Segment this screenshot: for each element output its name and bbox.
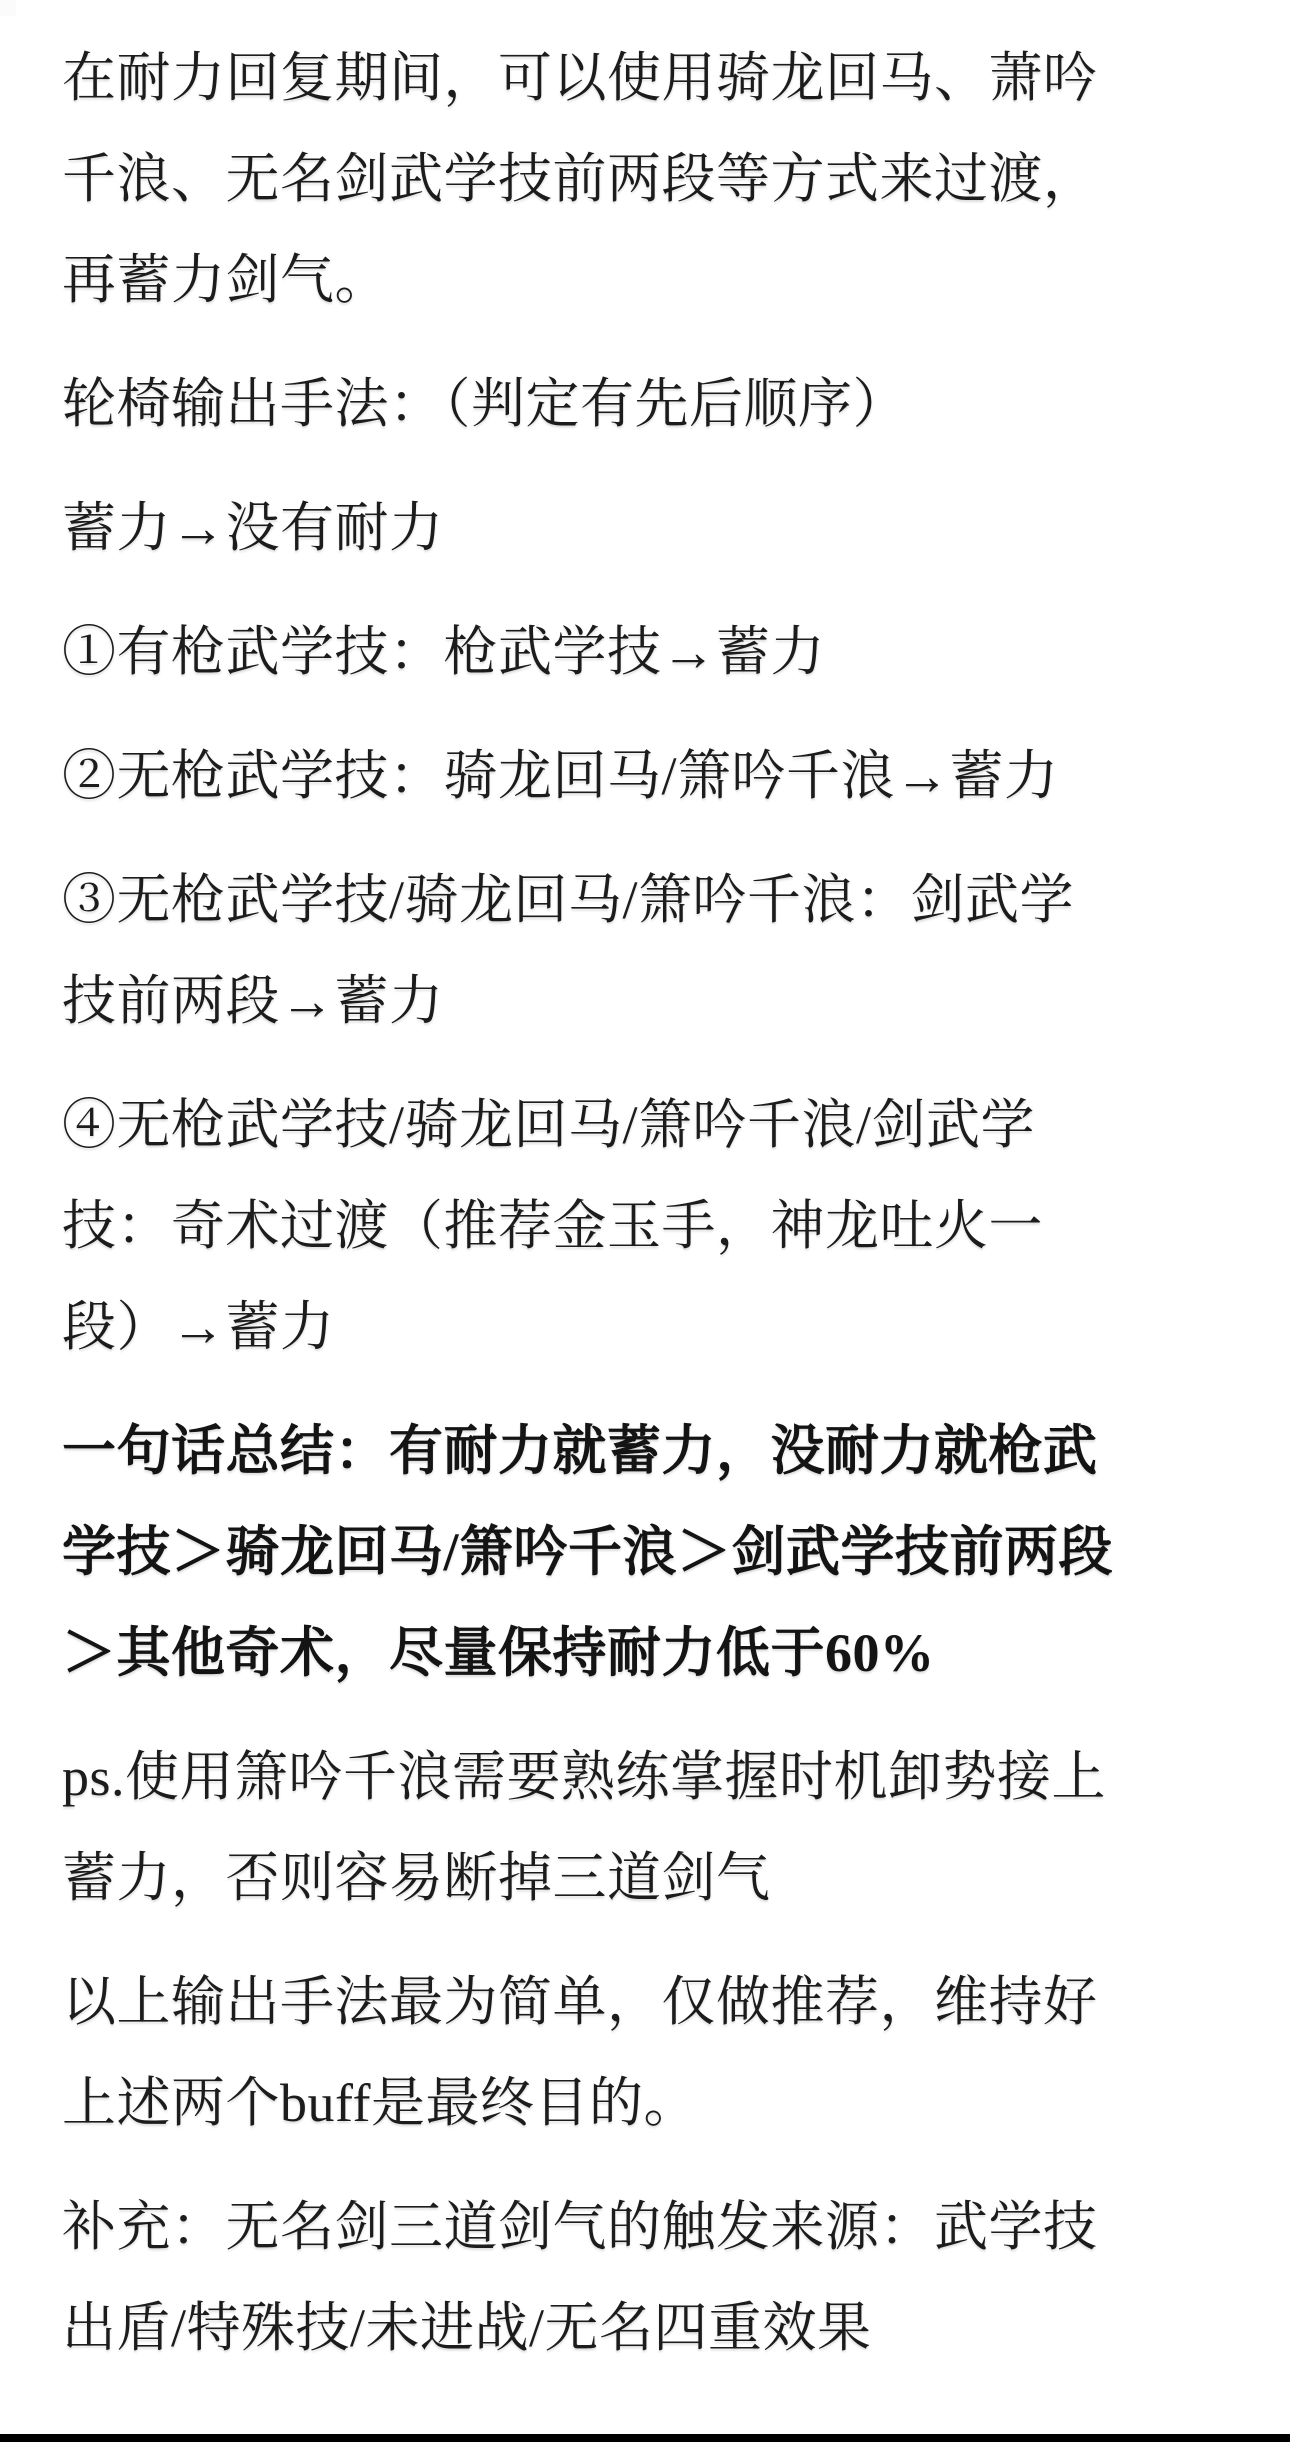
paragraph: 蓄力→没有耐力 xyxy=(62,478,1245,579)
paragraph: 以上输出手法最为简单，仅做推荐，维持好上述两个buff是最终目的。 xyxy=(62,1952,1245,2154)
text-line: 出盾/特殊技/未进战/无名四重效果 xyxy=(62,2278,1245,2379)
text-line: 学技＞骑龙回马/箫吟千浪＞剑武学技前两段 xyxy=(62,1502,1245,1603)
paragraph: ②无枪武学技：骑龙回马/箫吟千浪→蓄力 xyxy=(62,726,1245,827)
text-line: 一句话总结：有耐力就蓄力，没耐力就枪武 xyxy=(62,1401,1245,1502)
text-line: 蓄力，否则容易断掉三道剑气 xyxy=(62,1828,1245,1929)
bottom-divider-bar xyxy=(0,2434,1290,2442)
text-line: 再蓄力剑气。 xyxy=(62,230,1245,331)
paragraph: ③无枪武学技/骑龙回马/箫吟千浪：剑武学技前两段→蓄力 xyxy=(62,850,1245,1052)
text-line: 技前两段→蓄力 xyxy=(62,951,1245,1052)
paragraph: 轮椅输出手法：（判定有先后顺序） xyxy=(62,354,1245,455)
summary-paragraph: 一句话总结：有耐力就蓄力，没耐力就枪武学技＞骑龙回马/箫吟千浪＞剑武学技前两段＞… xyxy=(62,1401,1245,1704)
paragraph: ④无枪武学技/骑龙回马/箫吟千浪/剑武学技：奇术过渡（推荐金玉手，神龙吐火一段）… xyxy=(62,1075,1245,1378)
corner-artifact xyxy=(0,0,16,16)
text-line: ③无枪武学技/骑龙回马/箫吟千浪：剑武学 xyxy=(62,850,1245,951)
text-line: ps.使用箫吟千浪需要熟练掌握时机卸势接上 xyxy=(62,1727,1245,1828)
text-line: 补充：无名剑三道剑气的触发来源：武学技 xyxy=(62,2177,1245,2278)
text-line: 蓄力→没有耐力 xyxy=(62,478,1245,579)
text-line: ④无枪武学技/骑龙回马/箫吟千浪/剑武学 xyxy=(62,1075,1245,1176)
text-line: 千浪、无名剑武学技前两段等方式来过渡， xyxy=(62,129,1245,230)
text-line: 段）→蓄力 xyxy=(62,1277,1245,1378)
text-line: ②无枪武学技：骑龙回马/箫吟千浪→蓄力 xyxy=(62,726,1245,827)
paragraph: ①有枪武学技：枪武学技→蓄力 xyxy=(62,602,1245,703)
text-line: ＞其他奇术，尽量保持耐力低于60% xyxy=(62,1603,1245,1704)
text-content: 在耐力回复期间，可以使用骑龙回马、萧吟千浪、无名剑武学技前两段等方式来过渡，再蓄… xyxy=(62,28,1245,2402)
text-line: 轮椅输出手法：（判定有先后顺序） xyxy=(62,354,1245,455)
text-line: 技：奇术过渡（推荐金玉手，神龙吐火一 xyxy=(62,1176,1245,1277)
paragraph: ps.使用箫吟千浪需要熟练掌握时机卸势接上蓄力，否则容易断掉三道剑气 xyxy=(62,1727,1245,1929)
document-page: 在耐力回复期间，可以使用骑龙回马、萧吟千浪、无名剑武学技前两段等方式来过渡，再蓄… xyxy=(0,0,1290,2442)
paragraph: 补充：无名剑三道剑气的触发来源：武学技出盾/特殊技/未进战/无名四重效果 xyxy=(62,2177,1245,2379)
paragraph: 在耐力回复期间，可以使用骑龙回马、萧吟千浪、无名剑武学技前两段等方式来过渡，再蓄… xyxy=(62,28,1245,331)
text-line: 以上输出手法最为简单，仅做推荐，维持好 xyxy=(62,1952,1245,2053)
text-line: 在耐力回复期间，可以使用骑龙回马、萧吟 xyxy=(62,28,1245,129)
text-line: 上述两个buff是最终目的。 xyxy=(62,2053,1245,2154)
text-line: ①有枪武学技：枪武学技→蓄力 xyxy=(62,602,1245,703)
